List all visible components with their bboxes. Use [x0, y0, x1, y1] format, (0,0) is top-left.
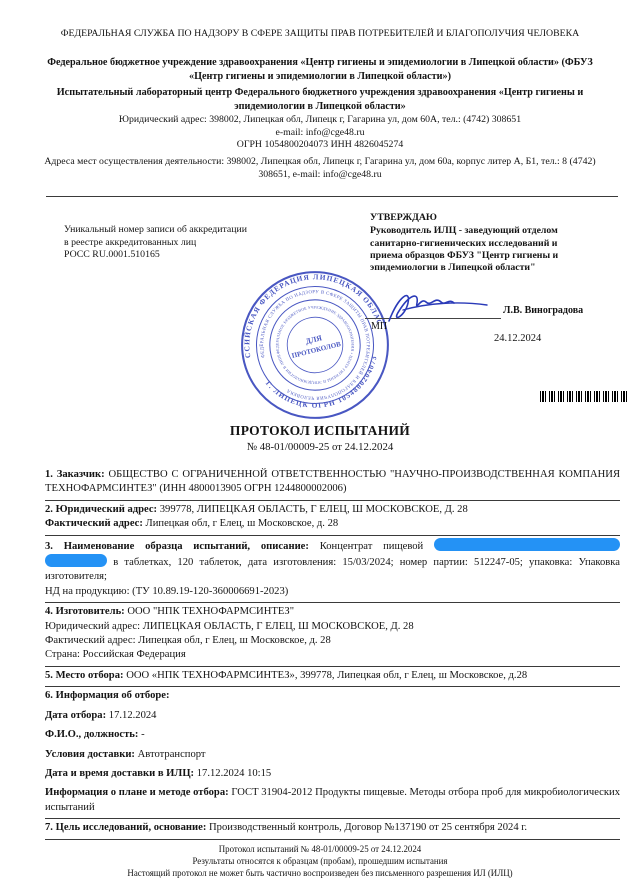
- field-label: Дата и время доставки в ИЛЦ:: [45, 768, 194, 779]
- manufacturer-legal-address: Юридический адрес: ЛИПЕЦКАЯ ОБЛАСТЬ, Г Е…: [45, 620, 620, 634]
- federal-service-name: ФЕДЕРАЛЬНАЯ СЛУЖБА ПО НАДЗОРУ В СФЕРЕ ЗА…: [30, 27, 610, 40]
- field-value: -: [141, 729, 145, 740]
- section-label: 5. Место отбора:: [45, 670, 124, 681]
- section-value: ООО «НПК ТЕХНОФАРМСИНТЕЗ», 399778, Липец…: [126, 670, 527, 681]
- section-label: 3. Наименование образца испытаний, описа…: [45, 541, 309, 552]
- approval-date: 24.12.2024: [494, 333, 541, 344]
- handwritten-signature: [383, 283, 508, 331]
- normative-doc: НД на продукцию: (ТУ 10.89.19-120-360006…: [45, 585, 620, 599]
- section-purpose: 7. Цель исследований, основание: Произво…: [45, 819, 620, 839]
- field-label: Информация о плане и методе отбора:: [45, 787, 229, 798]
- section-manufacturer: 4. Изготовитель: ООО "НПК ТЕХНОФАРМСИНТЕ…: [45, 603, 620, 667]
- accreditation-line: в реестре аккредитованных лиц: [64, 237, 304, 250]
- footer-line: Протокол испытаний № 48-01/00009-25 от 2…: [30, 843, 610, 855]
- ogrn-inn-line: ОГРН 1054800204073 ИНН 4826045274: [30, 139, 610, 152]
- approval-block: УТВЕРЖДАЮ Руководитель ИЛЦ - заведующий …: [370, 212, 608, 274]
- field-label: Ф.И.О., должность:: [45, 729, 138, 740]
- header-divider: [46, 196, 618, 197]
- section-label: 1. Заказчик:: [45, 469, 105, 480]
- footer-line: Результаты относятся к образцам (пробам)…: [30, 855, 610, 867]
- section-customer: 1. Заказчик: ОБЩЕСТВО С ОГРАНИЧЕННОЙ ОТВ…: [45, 466, 620, 501]
- section-value: Производственный контроль, Договор №1371…: [209, 822, 527, 833]
- testing-lab-center-name: Испытательный лабораторный центр Федерал…: [30, 86, 610, 114]
- section-label: Фактический адрес:: [45, 518, 143, 529]
- section-value: ООО "НПК ТЕХНОФАРМСИНТЕЗ": [127, 606, 294, 617]
- email-line: e-mail: info@cge48.ru: [30, 127, 610, 140]
- approval-line: эпидемиологии в Липецкой области": [370, 262, 608, 274]
- field-value: 17.12.2024 10:15: [197, 768, 271, 779]
- activity-addresses: Адреса мест осуществления деятельности: …: [30, 155, 610, 181]
- manufacturer-country: Страна: Российская Федерация: [45, 648, 620, 662]
- footer-line: Настоящий протокол не может быть частичн…: [30, 867, 610, 879]
- legal-address: Юридический адрес: 398002, Липецкая обл,…: [30, 114, 610, 127]
- section-value: Липецкая обл, г Елец, ш Московское, д. 2…: [146, 518, 339, 529]
- field-label: Дата отбора:: [45, 710, 106, 721]
- manufacturer-actual-address: Фактический адрес: Липецкая обл, г Елец,…: [45, 634, 620, 648]
- legal-address-block: Юридический адрес: 398002, Липецкая обл,…: [30, 114, 610, 152]
- accreditation-line: Уникальный номер записи об аккредитации: [64, 224, 304, 237]
- field-label: Условия доставки:: [45, 749, 135, 760]
- barcode: [540, 391, 627, 402]
- section-label: 4. Изготовитель:: [45, 606, 125, 617]
- section-sampling-info: 6. Информация об отборе: Дата отбора: 17…: [45, 687, 620, 819]
- section-label: 6. Информация об отборе:: [45, 689, 620, 703]
- section-value: в таблетках, 120 таблеток, дата изготовл…: [45, 557, 620, 582]
- section-sampling-place: 5. Место отбора: ООО «НПК ТЕХНОФАРМСИНТЕ…: [45, 667, 620, 687]
- section-value: 399778, ЛИПЕЦКАЯ ОБЛАСТЬ, Г ЕЛЕЦ, Ш МОСК…: [160, 504, 468, 515]
- section-label: 7. Цель исследований, основание:: [45, 822, 206, 833]
- approval-line: санитарно-гигиенических исследований и: [370, 238, 608, 250]
- accreditation-block: Уникальный номер записи об аккредитации …: [64, 224, 304, 262]
- protocol-sections-table: 1. Заказчик: ОБЩЕСТВО С ОГРАНИЧЕННОЙ ОТВ…: [45, 466, 620, 840]
- section-legal-address: 2. Юридический адрес: 399778, ЛИПЕЦКАЯ О…: [45, 501, 620, 536]
- approval-line: Руководитель ИЛЦ - заведующий отделом: [370, 225, 608, 237]
- signer-name: Л.В. Виноградова: [503, 305, 583, 316]
- approval-title: УТВЕРЖДАЮ: [370, 212, 608, 224]
- stamp-place-label: МП: [371, 321, 387, 332]
- section-sample: 3. Наименование образца испытаний, описа…: [45, 536, 620, 604]
- section-value: Концентрат пищевой: [320, 541, 424, 552]
- section-label: 2. Юридический адрес:: [45, 504, 157, 515]
- round-stamp: РОССИЙСКАЯ ФЕДЕРАЦИЯ ЛИПЕЦКАЯ ОБЛАСТЬ Г.…: [222, 252, 409, 439]
- section-value: ОБЩЕСТВО С ОГРАНИЧЕННОЙ ОТВЕТСТВЕННОСТЬЮ…: [45, 469, 620, 494]
- protocol-document-page: ФЕДЕРАЛЬНАЯ СЛУЖБА ПО НАДЗОРУ В СФЕРЕ ЗА…: [0, 0, 640, 890]
- organization-name: Федеральное бюджетное учреждение здравоо…: [30, 56, 610, 84]
- field-value: 17.12.2024: [109, 710, 157, 721]
- redaction-bar: [434, 538, 620, 551]
- approval-line: приема образцов ФБУЗ "Центр гигиены и: [370, 250, 608, 262]
- redaction-bar: [45, 554, 107, 567]
- field-value: Автотранспорт: [138, 749, 206, 760]
- page-footer: Протокол испытаний № 48-01/00009-25 от 2…: [30, 843, 610, 880]
- document-title: ПРОТОКОЛ ИСПЫТАНИЙ: [30, 423, 610, 439]
- document-number: № 48-01/00009-25 от 24.12.2024: [30, 441, 610, 453]
- accreditation-number: РОСС RU.0001.510165: [64, 249, 304, 262]
